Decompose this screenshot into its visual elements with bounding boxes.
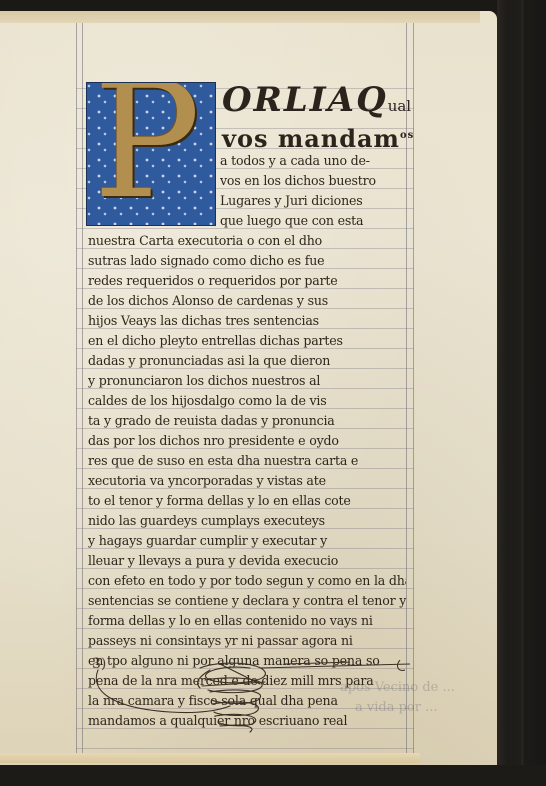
illuminated-initial: P [86,82,216,226]
heading-line-1-suffix: ual [388,97,411,115]
text-line: passeys ni consintays yr ni passar agora… [88,632,406,650]
page-bottom-edge [0,753,420,763]
heading-line-2: vos mandamos [222,124,414,153]
heading-line-1: ORLIAQual [222,80,411,120]
bleed-through-text-1: apos Vecino de ... [340,680,455,695]
text-line: xecutoria va yncorporadas y vistas ate [88,472,406,490]
text-line: res que de suso en esta dha nuestra cart… [88,452,406,470]
binding-spine [497,0,546,786]
heading-line-2-text: vos mandam [222,124,400,153]
text-line: y pronunciaron los dichos nuestros al [88,372,406,390]
text-line: nido las guardeys cumplays executeys [88,512,406,530]
underline-flourish [260,660,430,680]
text-line: con efeto en todo y por todo segun y com… [88,572,406,590]
text-line: redes requeridos o requeridos por parte [88,272,406,290]
text-line: Lugares y Juri diciones [220,192,406,210]
text-line: que luego que con esta [220,212,406,230]
text-line: y hagays guardar cumplir y executar y [88,532,406,550]
ruling-line-horizontal [76,748,414,749]
bleed-through-text-2: a vida por ... [355,700,437,715]
heading-line-1-text: ORLIAQ [222,80,388,120]
text-line: das por los dichos nro presidente e oydo [88,432,406,450]
binding-bottom-edge [0,765,546,786]
text-line: caldes de los hijosdalgo como la de vis [88,392,406,410]
text-line: en el dicho pleyto entrellas dichas part… [88,332,406,350]
text-line: forma dellas y lo en ellas contenido no … [88,612,406,630]
text-line: sutras lado signado como dicho es fue [88,252,406,270]
text-line: ta y grado de reuista dadas y pronuncia [88,412,406,430]
text-line: hijos Veays las dichas tres sentencias [88,312,406,330]
heading-line-2-suffix: os [400,130,414,141]
text-line: de los dichos Alonso de cardenas y sus [88,292,406,310]
text-line: a todos y a cada uno de- [220,152,406,170]
text-line: vos en los dichos buestro [220,172,406,190]
text-line: dadas y pronunciadas asi la que dieron [88,352,406,370]
text-line: nuestra Carta executoria o con el dho [88,232,406,250]
page-top-edge [0,11,480,23]
initial-letter: P [93,82,201,221]
text-line: sentencias se contiene y declara y contr… [88,592,406,610]
text-line: to el tenor y forma dellas y lo en ellas… [88,492,406,510]
text-line: lleuar y llevays a pura y devida execuci… [88,552,406,570]
